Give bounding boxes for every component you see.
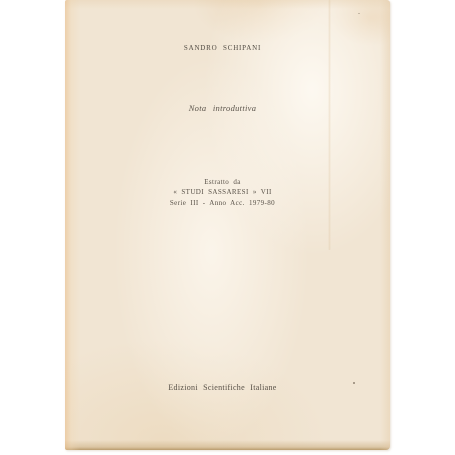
- scanner-background: SANDRO SCHIPANI Nota introduttiva Estrat…: [0, 0, 455, 455]
- author-name: SANDRO SCHIPANI: [60, 44, 385, 52]
- imprint-line-series-year: Serie III - Anno Acc. 1979-80: [60, 198, 385, 208]
- publisher-name: Edizioni Scientifiche Italiane: [60, 383, 385, 392]
- cover-text-layer: SANDRO SCHIPANI Nota introduttiva Estrat…: [60, 0, 385, 450]
- imprint-block: Estratto da « STUDI SASSARESI » VII Seri…: [60, 177, 385, 208]
- book-title: Nota introduttiva: [60, 103, 385, 113]
- imprint-line-series-title: « STUDI SASSARESI » VII: [60, 187, 385, 197]
- book-cover-page: SANDRO SCHIPANI Nota introduttiva Estrat…: [65, 0, 390, 450]
- imprint-line-extract: Estratto da: [60, 177, 385, 187]
